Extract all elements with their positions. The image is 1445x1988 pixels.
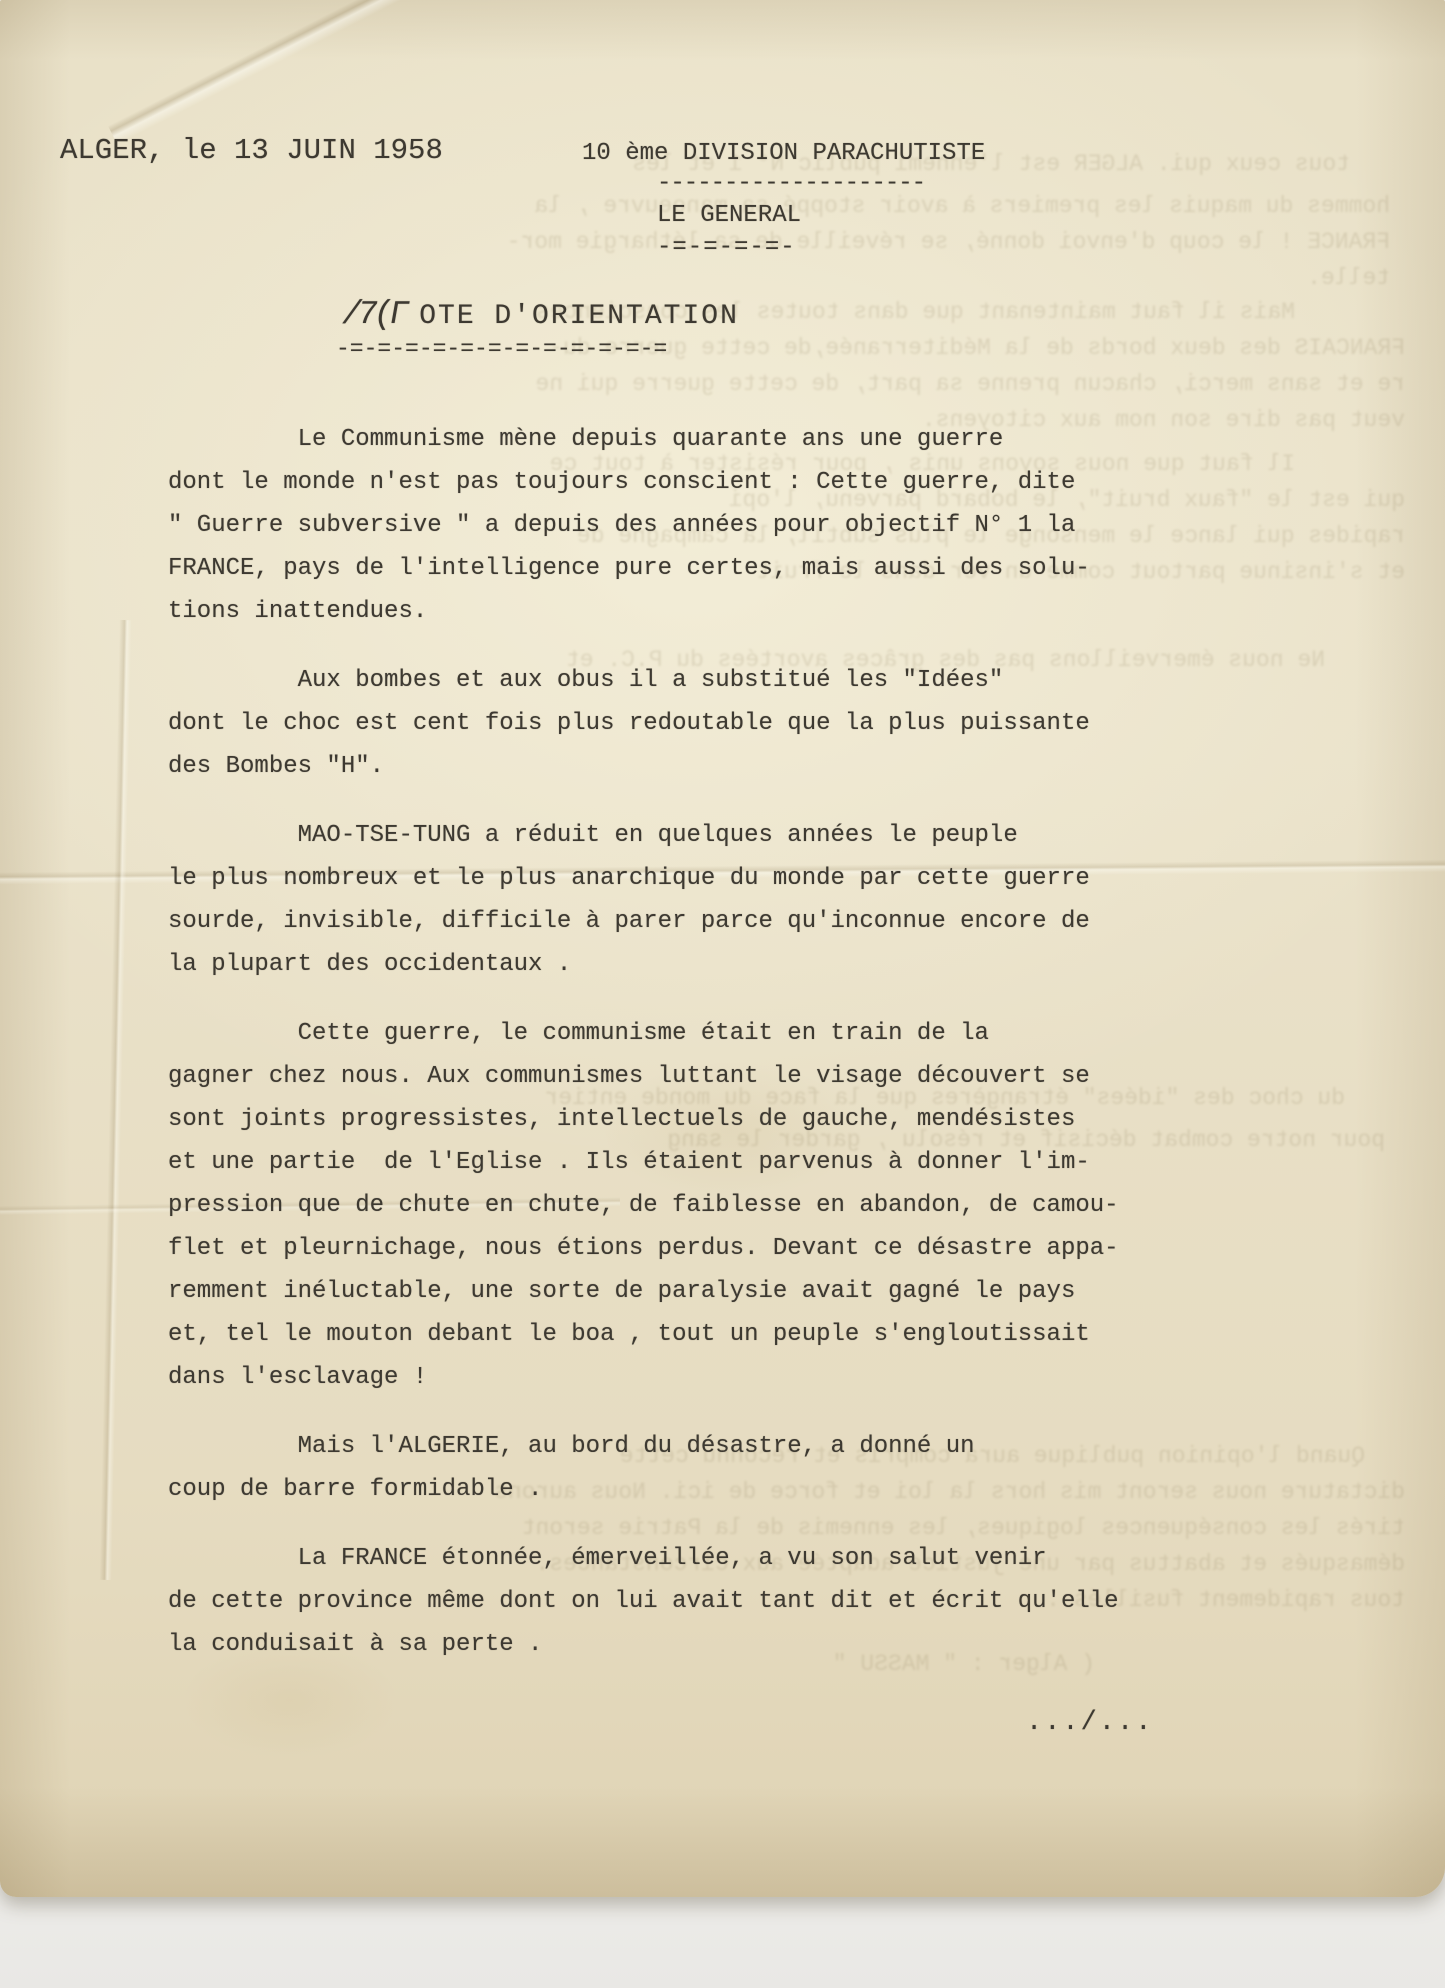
unit-divider: -------------------- xyxy=(657,170,925,197)
fold-crease-left xyxy=(94,620,136,1580)
paragraphs: Le Communisme mène depuis quarante ans u… xyxy=(168,418,1178,1692)
paragraph: La FRANCE étonnée, émerveillée, a vu son… xyxy=(168,1537,1178,1666)
paragraph: Le Communisme mène depuis quarante ans u… xyxy=(168,418,1178,633)
title-text: OTE D'ORIENTATION xyxy=(419,301,739,332)
signatory-line: LE GENERAL xyxy=(657,202,801,229)
title-prefix-glyphs: /7(Γ xyxy=(339,296,409,333)
title-underline: -=-=-=-=-=-=-=-=-=-=-=-= xyxy=(336,336,667,362)
paragraph: Cette guerre, le communisme était en tra… xyxy=(168,1012,1178,1399)
unit-name: 10 ème DIVISION PARACHUTISTE xyxy=(582,140,985,167)
paragraph: MAO-TSE-TUNG a réduit en quelques années… xyxy=(168,814,1178,986)
document-page: tous ceux qui. ALGER est l'ennemi public… xyxy=(0,0,1445,1897)
bleedthrough-line: FRANCAIS des deux bords de la Méditerran… xyxy=(549,336,1405,361)
signatory-divider: -=-=-=-=- xyxy=(657,234,796,261)
paragraph: Mais l'ALGERIE, au bord du désastre, a d… xyxy=(168,1425,1178,1511)
scanned-letter: tous ceux qui. ALGER est l'ennemi public… xyxy=(0,0,1445,1988)
bleedthrough-line: telle. xyxy=(1307,266,1390,291)
continuation-mark: .../... xyxy=(1026,1708,1153,1738)
bleedthrough-line: FRANCE ! le coup d'envoi donné, se révei… xyxy=(507,230,1390,255)
page-title: /7(ΓOTE D'ORIENTATION xyxy=(342,296,739,333)
fold-crease-top-left xyxy=(77,0,484,198)
bleedthrough-line: re et sans merci, chacun prenne sa part,… xyxy=(535,372,1405,397)
paragraph: Aux bombes et aux obus il a substitué le… xyxy=(168,659,1178,788)
place-date: ALGER, le 13 JUIN 1958 xyxy=(60,134,443,167)
